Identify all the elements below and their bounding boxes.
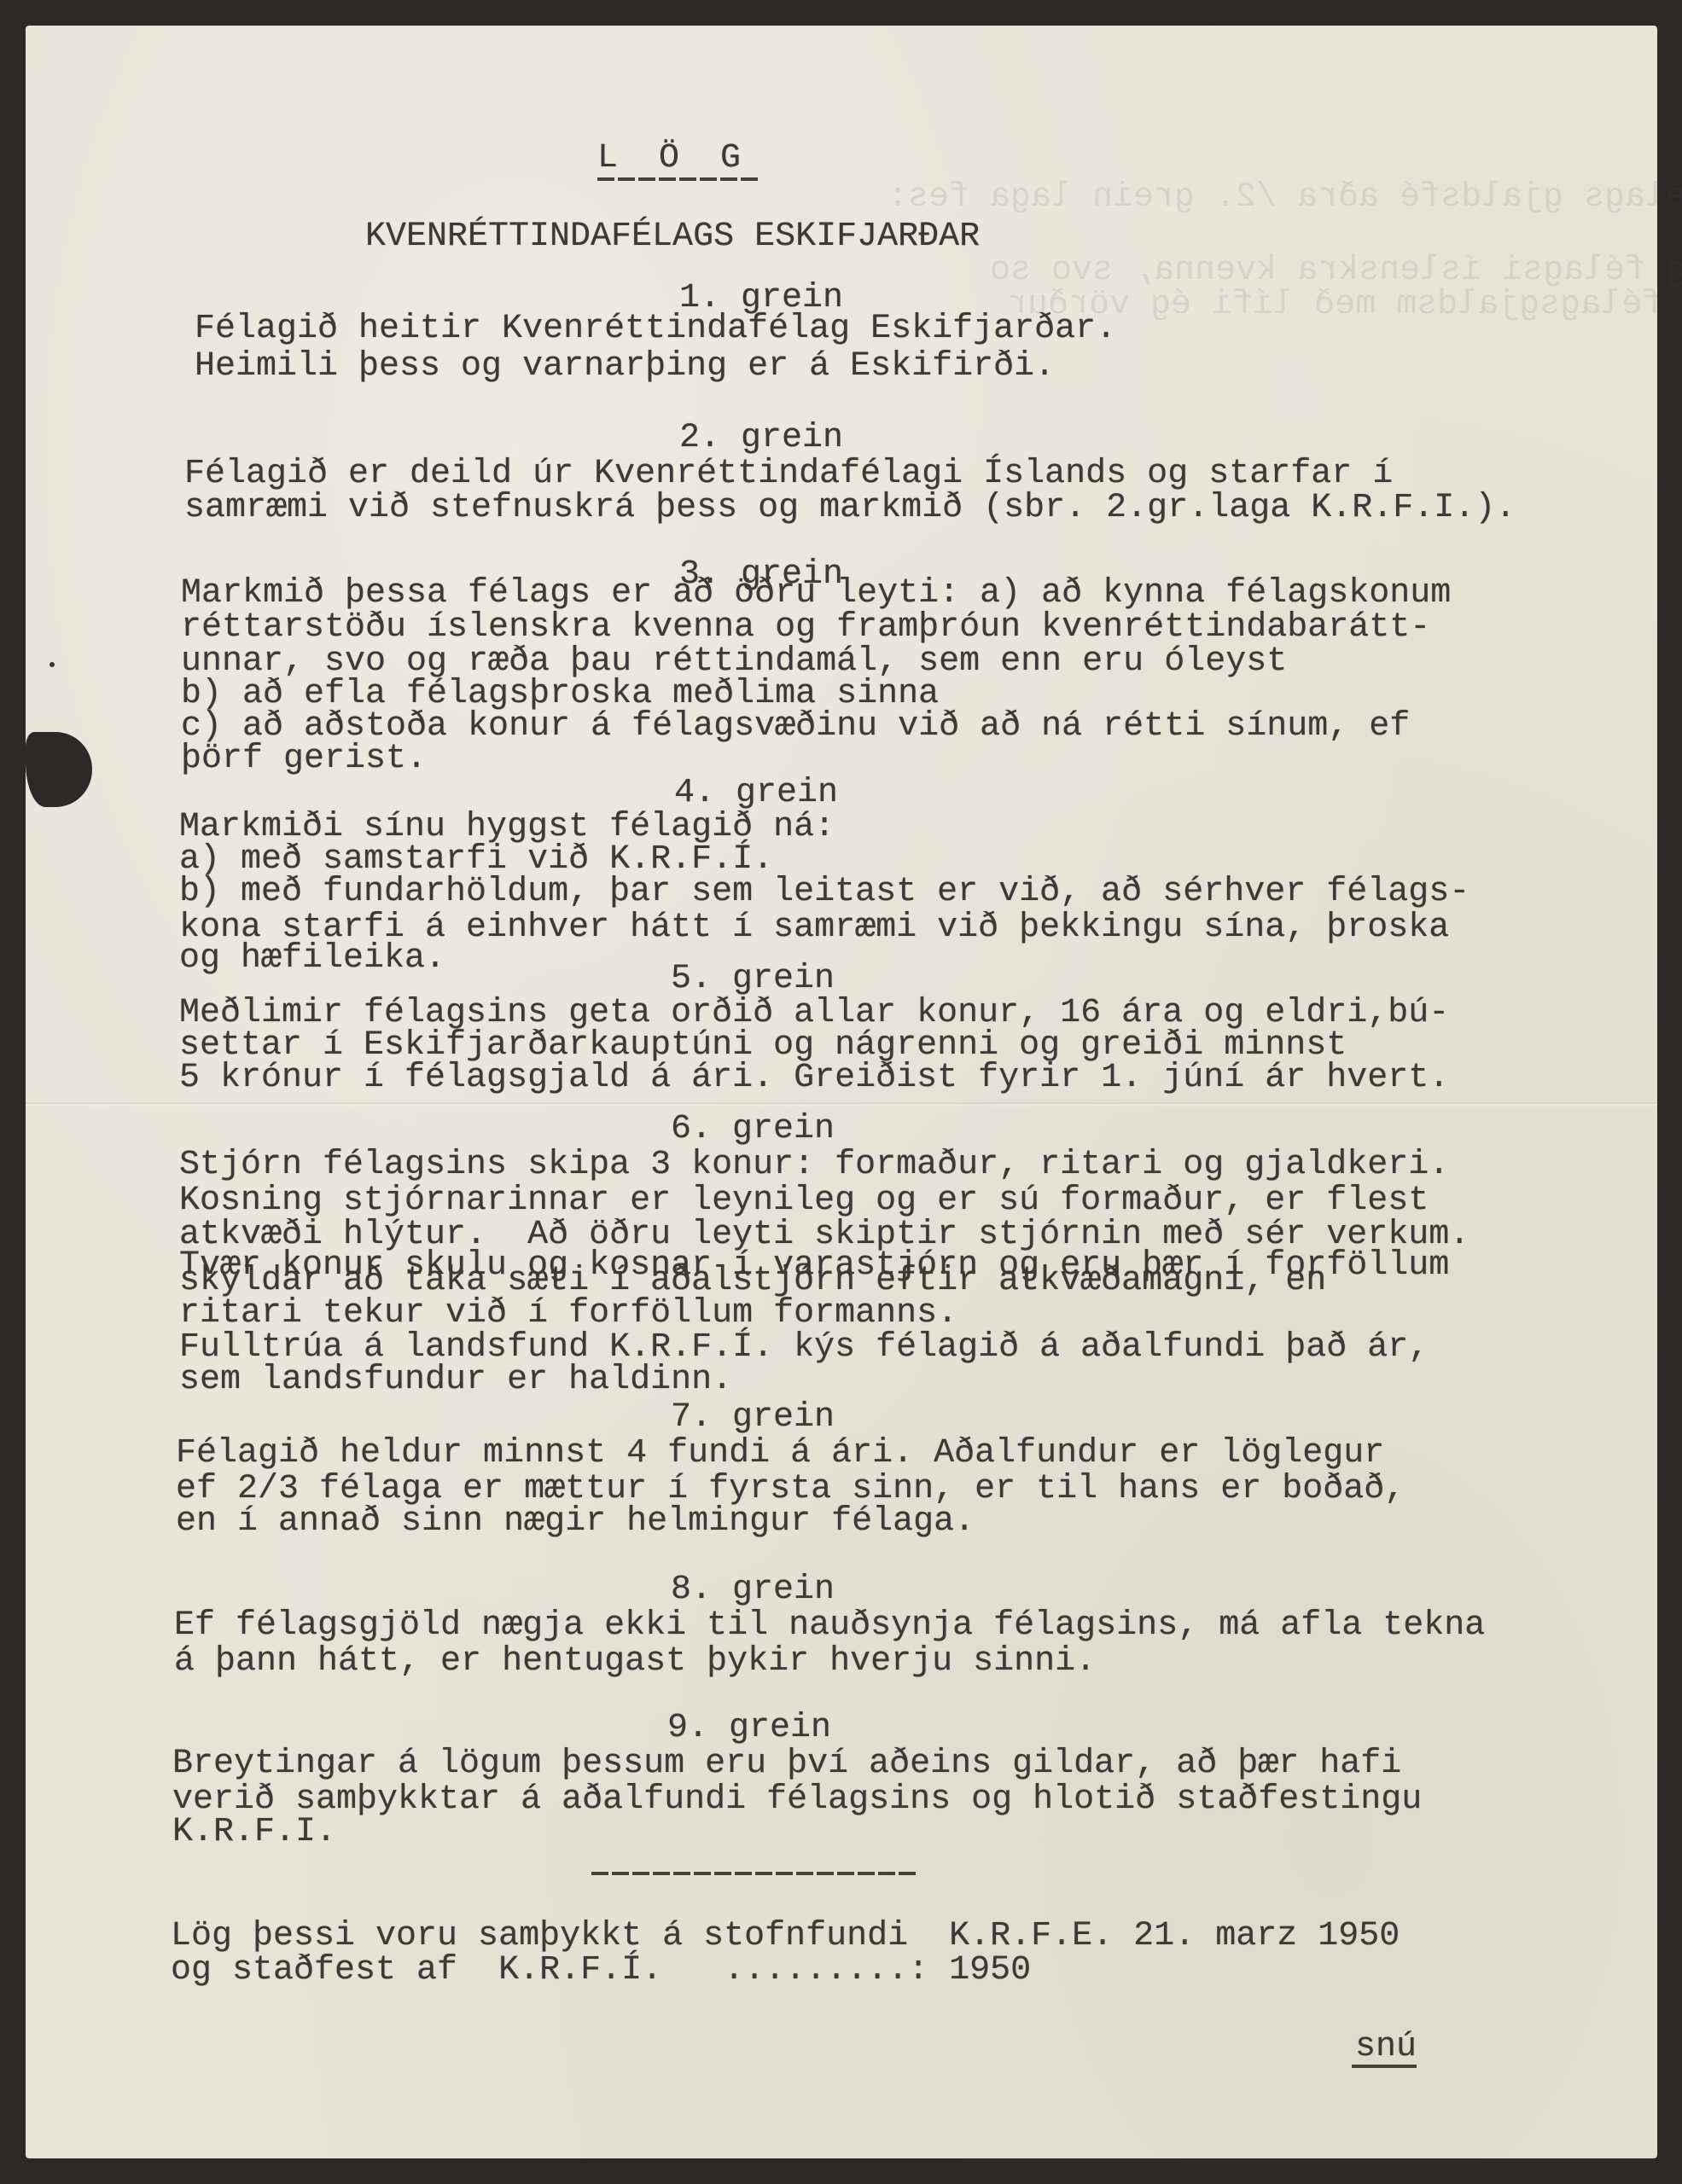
article-label: 4. grein xyxy=(674,776,838,810)
article-line: ritari tekur við í forföllum formanns. xyxy=(179,1297,957,1331)
turn-over-underline xyxy=(1352,2065,1417,2068)
document-heading: L Ö G xyxy=(597,142,741,176)
article-line: sem landsfundur er haldinn. xyxy=(179,1363,732,1397)
article-line: b) að efla félagsþroska meðlima sinna xyxy=(181,677,939,712)
document-subtitle: KVENRÉTTINDAFÉLAGS ESKIFJARÐAR xyxy=(365,220,980,254)
article-line: K.R.F.I. xyxy=(172,1815,336,1850)
article-line: Kosning stjórnarinnar er leynileg og er … xyxy=(179,1184,1429,1218)
article-line: réttarstöðu íslenskra kvenna og framþróu… xyxy=(181,611,1430,645)
ink-dot xyxy=(49,662,55,667)
article-line: Stjórn félagsins skipa 3 konur: formaður… xyxy=(179,1148,1449,1182)
article-line: samræmi við stefnuskrá þess og markmið (… xyxy=(184,491,1516,526)
article-line: þörf gerist. xyxy=(181,742,427,776)
article-label: 5. grein xyxy=(671,962,835,996)
article-line: Meðlimir félagsins geta orðið allar konu… xyxy=(179,996,1449,1031)
article-line: Heimili þess og varnarþing er á Eskifirð… xyxy=(195,350,1055,384)
article-line: Markmiði sínu hyggst félagið ná: xyxy=(179,810,835,845)
article-line: Félagið er deild úr Kvenréttindafélagi Í… xyxy=(184,457,1393,491)
article-line: og hæfileika. xyxy=(179,942,445,976)
article-line: 5 krónur í félagsgjald á ári. Greiðist f… xyxy=(179,1061,1449,1095)
article-line: verið samþykktar á aðalfundi félagsins o… xyxy=(172,1783,1422,1817)
article-line: a) með samstarfi við K.R.F.Í. xyxy=(179,843,773,877)
article-label: 6. grein xyxy=(671,1112,835,1147)
article-line: Markmið þessa félags er að öðru leyti: a… xyxy=(181,577,1451,611)
article-line: Félagið heldur minnst 4 fundi á ári. Aða… xyxy=(176,1437,1384,1471)
article-label: 2. grein xyxy=(679,421,843,456)
show-through-text: félags gjaldsfé aðra /2. grein laga fes: xyxy=(888,181,1682,215)
footer-confirmation-line: og staðfest af K.R.F.Í. .........: 1950 xyxy=(171,1954,1031,1988)
article-line: Ef félagsgjöld nægja ekki til nauðsynja … xyxy=(174,1609,1485,1643)
article-line: b) með fundarhöldum, þar sem leitast er … xyxy=(179,875,1470,909)
heading-underline xyxy=(597,177,761,181)
section-separator xyxy=(591,1872,919,1875)
article-line: Fulltrúa á landsfund K.R.F.Í. kýs félagi… xyxy=(179,1331,1429,1365)
show-through-text: og félagsi íslenskra kvenna, svo so xyxy=(990,254,1682,288)
article-line: á þann hátt, er hentugast þykir hverju s… xyxy=(174,1645,1096,1679)
article-line: Breytingar á lögum þessum eru því aðeins… xyxy=(172,1747,1401,1781)
footer-approval-line: Lög þessi voru samþykkt á stofnfundi K.R… xyxy=(171,1920,1400,1954)
article-line: c) að aðstoða konur á félagsvæðinu við a… xyxy=(181,710,1410,744)
article-line: ef 2/3 félaga er mættur í fyrsta sinn, e… xyxy=(176,1472,1405,1507)
article-line: en í annað sinn nægir helmingur félaga. xyxy=(176,1505,975,1539)
article-line: settar í Eskifjarðarkauptúni og nágrenni… xyxy=(179,1029,1347,1063)
article-line: unnar, svo og ræða þau réttindamál, sem … xyxy=(181,645,1287,679)
turn-over-note: snú xyxy=(1355,2030,1417,2065)
article-line: Félagið heitir Kvenréttindafélag Eskifja… xyxy=(195,312,1116,346)
article-label: 8. grein xyxy=(671,1573,835,1607)
article-label: 7. grein xyxy=(671,1401,835,1435)
article-line: skyldar að taka sæti í aðalstjórn eftir … xyxy=(179,1264,1326,1298)
article-label: 9. grein xyxy=(667,1711,831,1745)
